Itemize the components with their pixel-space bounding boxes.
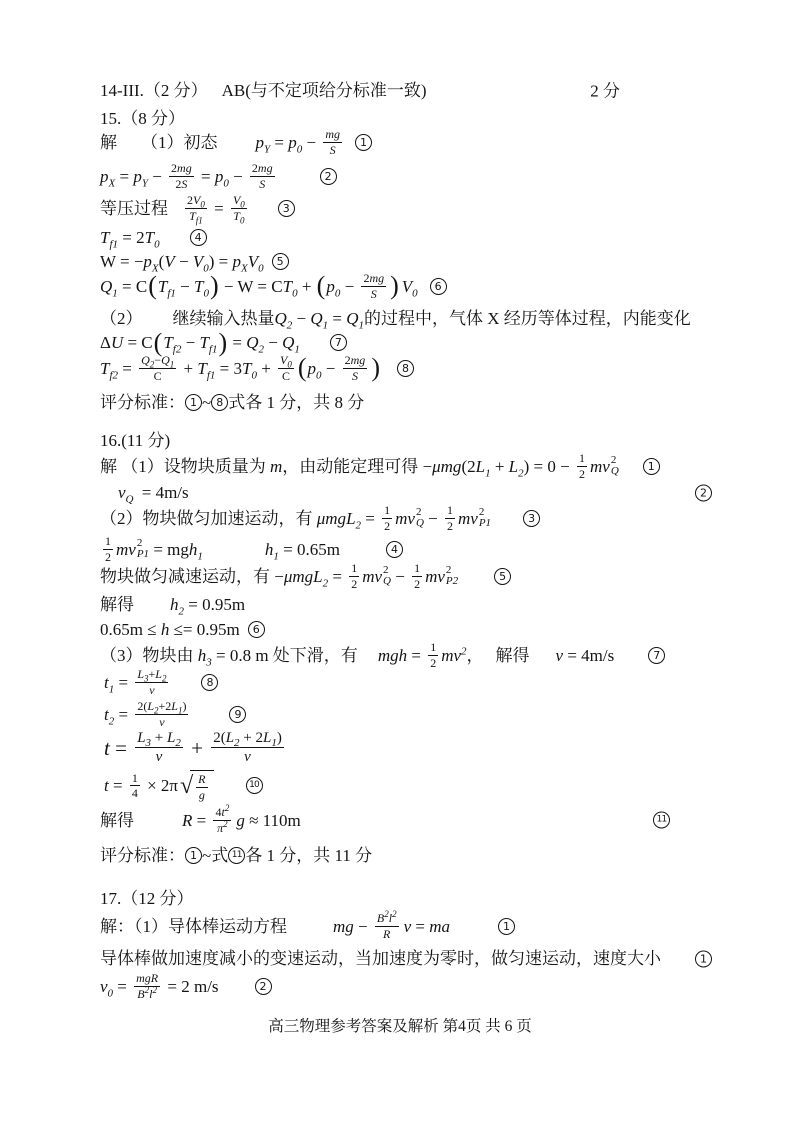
- text-run: = C: [118, 276, 147, 297]
- circled-number: 7: [330, 334, 347, 351]
- math-var-sub: L1: [171, 700, 182, 713]
- text-run: ~式: [202, 845, 228, 866]
- math-var-sub: V0: [193, 194, 205, 207]
- text-run: +: [186, 735, 208, 761]
- q16-step9: t2 = 2(L2+2L1)v9: [104, 700, 712, 729]
- line-right-mark: 2: [695, 484, 712, 501]
- fraction-denominator: S: [371, 287, 377, 301]
- spacer: [484, 655, 496, 656]
- text-run: （2）物块做匀加速运动，有: [100, 508, 317, 529]
- math-var: R: [182, 810, 192, 831]
- spacer: [264, 261, 272, 262]
- spacer: [191, 714, 229, 715]
- fraction-numerator: 2mg: [250, 162, 275, 177]
- subscript: P1: [137, 549, 149, 561]
- circled-number: 3: [523, 510, 540, 527]
- math-var-sub: L1: [476, 456, 491, 477]
- math-var: V: [164, 251, 174, 272]
- sqrt-radical: √Rg: [180, 770, 214, 802]
- math-var-sup: B2: [377, 912, 389, 925]
- spacer: [614, 655, 648, 656]
- math-var-sub: L2: [509, 456, 524, 477]
- text-run: 式各 1 分，共 8 分: [228, 392, 364, 413]
- text-run: 评分标准：: [100, 845, 185, 866]
- text-run: +: [298, 276, 316, 297]
- math-fraction: L3 + L2v: [135, 730, 183, 765]
- spacer: [160, 237, 190, 238]
- math-fraction: 12: [349, 562, 359, 591]
- math-var-sub: pX: [232, 251, 247, 272]
- subscript: X: [109, 177, 116, 189]
- math-fraction: mgS: [323, 128, 342, 157]
- text-run: 2 分: [590, 80, 620, 101]
- math-fraction: Q2−Q1C: [139, 354, 176, 383]
- math-var-sub: p0: [326, 276, 340, 297]
- math-var: μmg: [317, 508, 346, 529]
- q17-header: 17.（12 分）: [100, 888, 712, 909]
- subscript: 2: [162, 673, 167, 683]
- fraction-numerator: 1: [428, 641, 438, 656]
- math-var-sub: h1: [265, 539, 279, 560]
- text-run: 2: [384, 520, 390, 533]
- math-var-sub: Tf1: [189, 210, 203, 223]
- spacer: [250, 208, 278, 209]
- math-var-sub: V0: [193, 251, 209, 272]
- text-run: 解：（1）导体棒运动方程: [100, 916, 287, 937]
- text-run: = 4m/s: [563, 645, 614, 666]
- math-var-sub: Q1: [282, 332, 300, 353]
- text-run: = 0.65m: [279, 539, 340, 560]
- circled-number: 4: [190, 229, 207, 246]
- fraction-denominator: v: [156, 748, 163, 765]
- math-var: ma: [429, 916, 450, 937]
- math-fraction: V0T0: [231, 194, 247, 223]
- text-run: （3）物块由: [100, 645, 198, 666]
- math-var: m: [270, 456, 282, 477]
- subscript: f1: [207, 369, 216, 381]
- q16-step5: 物块做匀减速运动，有 −μmgL2 = 12mv2Q − 12mv2P25: [100, 562, 712, 591]
- math-fraction: 2mgS: [250, 162, 275, 191]
- circled-number: 1: [185, 394, 202, 411]
- math-fraction: 12: [428, 641, 438, 670]
- text-run: 2(: [213, 730, 226, 746]
- fraction-denominator: 2: [579, 467, 585, 481]
- fraction-denominator: v: [149, 683, 154, 697]
- line-right-mark: 11: [653, 812, 670, 829]
- spacer: [203, 549, 265, 550]
- text-run: −: [322, 358, 340, 379]
- math-var-sub: L3: [137, 730, 151, 746]
- fraction-numerator: 2mg: [361, 272, 386, 287]
- q16-step6: 0.65m ≤ h ≤= 0.95m6: [100, 619, 712, 640]
- text-run: 等压过程: [100, 198, 168, 219]
- fraction-denominator: R: [383, 927, 390, 941]
- text-run: 继续输入热量: [173, 308, 275, 329]
- text-run: −: [340, 276, 358, 297]
- subscript: 0: [240, 215, 245, 225]
- math-var-sub: Tf1: [197, 358, 215, 379]
- math-var-sub: L2: [167, 730, 181, 746]
- fraction-numerator: 1: [103, 535, 113, 550]
- math-var: mv: [425, 566, 445, 587]
- text-run: =: [210, 198, 228, 219]
- text-run: −: [175, 251, 193, 272]
- math-var-sub: v0: [100, 976, 113, 997]
- circled-number: 6: [430, 278, 447, 295]
- math-var-sup: mv2: [441, 645, 466, 666]
- math-var-sub: Tf1: [158, 276, 176, 297]
- sub-sup-stack: 2Q: [416, 507, 424, 530]
- text-run: ≈ 110m: [245, 810, 301, 831]
- text-run: −: [264, 332, 282, 353]
- math-var-sub: pY: [133, 166, 148, 187]
- text-run: = 0.8 m 处下滑，有: [212, 645, 358, 666]
- text-run: W = −: [100, 251, 143, 272]
- math-fraction: 2mgS: [343, 354, 368, 383]
- q16-step4: 12mv2P1 = mgh1h1 = 0.65m4: [100, 535, 712, 564]
- answer-sheet-page: 14-III.（2 分）AB(与不定项给分标准一致)2 分15.（8 分）解（1…: [0, 0, 800, 1131]
- math-fraction: L3+L2v: [135, 668, 168, 697]
- subscript: 0: [200, 199, 205, 209]
- fraction-denominator: C: [154, 369, 162, 383]
- subscript: f2: [109, 369, 118, 381]
- math-var-sub: T0: [283, 276, 298, 297]
- circled-number: 8: [397, 360, 414, 377]
- sub-sup-stack: 2P2: [446, 565, 458, 588]
- text-run: 导体棒做加速度减小的变速运动，当加速度为零时，做匀速运动，速度大小: [100, 948, 661, 969]
- math-var: v: [556, 645, 564, 666]
- math-var-sub: L1: [263, 730, 277, 746]
- text-run: +2: [159, 700, 172, 713]
- fraction-numerator: B2l2: [375, 912, 399, 927]
- math-var-sub: h3: [198, 645, 212, 666]
- text-run: 解得: [100, 594, 134, 615]
- circled-number: 5: [494, 568, 511, 585]
- q15-header: 15.（8 分）: [100, 108, 712, 129]
- math-var: U: [111, 332, 123, 353]
- fraction-denominator: S: [330, 143, 336, 157]
- spacer: [530, 655, 556, 656]
- fraction-numerator: 1: [130, 772, 140, 787]
- superscript: 2: [392, 909, 397, 919]
- circled-number: 8: [201, 674, 218, 691]
- math-var: mg: [351, 354, 366, 367]
- fraction-numerator: 1: [382, 504, 392, 519]
- math-var-sub: h2: [170, 594, 184, 615]
- math-var: S: [352, 370, 358, 383]
- q16-step7: （3）物块由 h3 = 0.8 m 处下滑，有mgh = 12mv2，解得v =…: [100, 641, 712, 670]
- circled-number: 8: [211, 394, 228, 411]
- spacer: [208, 90, 222, 91]
- math-var-sub: t1: [104, 672, 114, 693]
- math-var-sub: h1: [189, 539, 203, 560]
- math-var: v: [244, 749, 251, 765]
- spacer: [458, 576, 494, 577]
- q15-step6: Q1 = C(Tf1 − T0) − W = CT0 + (p0 − 2mgS)…: [100, 272, 712, 301]
- spacer: [134, 820, 182, 821]
- circled-number: 6: [248, 621, 265, 638]
- math-var: S: [330, 144, 336, 157]
- math-fraction: 12: [412, 562, 422, 591]
- text-run: ，由动能定理可得 −: [282, 456, 432, 477]
- q15-step5: W = −pX(V − V0) = pXV05: [100, 251, 712, 272]
- math-var: mv: [395, 508, 415, 529]
- spacer: [219, 986, 255, 987]
- text-run: × 2π: [143, 775, 178, 796]
- text-run: −: [148, 166, 166, 187]
- text-run: +: [179, 358, 197, 379]
- circled-number: 1: [643, 458, 660, 475]
- spacer: [218, 142, 256, 143]
- math-var: mgR: [136, 972, 158, 985]
- spacer: [345, 142, 355, 143]
- text-run: −: [176, 276, 194, 297]
- superscript: 2: [152, 985, 157, 995]
- text-run: ): [182, 700, 186, 713]
- math-var-sub: p0: [308, 358, 322, 379]
- text-run: = mg: [149, 539, 189, 560]
- q14-answer: 14-III.（2 分）AB(与不定项给分标准一致)2 分: [100, 80, 712, 101]
- text-run: +: [151, 730, 167, 746]
- math-fraction: Rg: [196, 773, 207, 802]
- q17-step2: v0 = mgRB2l2 = 2 m/s2: [100, 972, 712, 1001]
- text-run: +: [491, 456, 509, 477]
- text-run: −: [302, 132, 320, 153]
- fraction-numerator: 1: [349, 562, 359, 577]
- q16-step12: 解得R = 4t2π2g ≈ 110m11: [100, 806, 712, 835]
- subscript: f1: [196, 215, 203, 225]
- circled-number: 1: [355, 134, 372, 151]
- math-var-sub: Q2: [141, 354, 154, 367]
- spacer: [287, 926, 333, 927]
- spacer: [340, 549, 386, 550]
- spacer: [418, 286, 430, 287]
- fraction-denominator: S: [352, 369, 358, 383]
- page-footer: 高三物理参考答案及解析 第4页 共 6 页: [0, 1014, 800, 1036]
- math-var: S: [181, 178, 187, 191]
- math-fraction: V0C: [278, 354, 294, 383]
- q15-step1: 解（1）初态pY = p0 − mgS1: [100, 128, 712, 157]
- subscript: 0: [412, 287, 418, 299]
- math-var-sup: π2: [217, 822, 228, 835]
- q17-text: 导体棒做加速度减小的变速运动，当加速度为零时，做匀速运动，速度大小1: [100, 948, 712, 969]
- fraction-denominator: g: [199, 788, 205, 802]
- math-var-sub: Q2: [275, 308, 293, 329]
- math-fraction: 2mg2S: [169, 162, 194, 191]
- math-fraction: 2(L2 + 2L1)v: [211, 730, 284, 765]
- fraction-denominator: 2: [414, 577, 420, 591]
- q15-step2: pX = pY − 2mg2S = p0 − 2mgS2: [100, 162, 712, 191]
- circled-number: 2: [695, 484, 712, 501]
- math-var: mv: [458, 508, 478, 529]
- q16-grading: 评分标准：1~式11各 1 分，共 11 分: [100, 845, 712, 866]
- math-var: mg: [369, 272, 384, 285]
- q16-header: 16.(11 分): [100, 430, 712, 451]
- circled-number: 2: [255, 978, 272, 995]
- text-run: 2: [579, 468, 585, 481]
- subscript: f1: [109, 238, 118, 250]
- math-fraction: 2(L2+2L1)v: [135, 700, 188, 729]
- text-run: −: [181, 332, 199, 353]
- q16-step5b: 解得h2 = 0.95m: [100, 594, 712, 615]
- math-var-sub: Q1: [346, 308, 364, 329]
- math-var-sub: Q1: [161, 354, 174, 367]
- math-var: S: [371, 288, 377, 301]
- fraction-numerator: 2mg: [169, 162, 194, 177]
- sub-sup-stack: 2P1: [137, 538, 149, 561]
- text-run: 17.（12 分）: [100, 888, 194, 909]
- fraction-denominator: π2: [217, 821, 228, 835]
- fraction-denominator: 2: [447, 519, 453, 533]
- circled-number: 11: [228, 847, 245, 864]
- fraction-denominator: 2: [351, 577, 357, 591]
- text-run: AB(与不定项给分标准一致): [222, 80, 427, 101]
- math-var: mv: [362, 566, 382, 587]
- math-var-sub: t2: [104, 704, 114, 725]
- fraction-numerator: 2V0: [185, 194, 207, 209]
- q15-step7: ΔU = C(Tf2 − Tf1) = Q2 − Q17: [100, 332, 712, 353]
- text-run: =: [115, 166, 133, 187]
- text-run: =: [328, 566, 346, 587]
- math-var-sub: L3: [137, 668, 148, 681]
- q16-step8: t1 = L3+L2v8: [104, 668, 712, 697]
- circled-number: 4: [386, 541, 403, 558]
- math-var: mg: [333, 916, 354, 937]
- circled-number: 1: [498, 918, 515, 935]
- text-run: −: [292, 308, 310, 329]
- fraction-denominator: 2S: [175, 177, 187, 191]
- text-run: =: [411, 916, 429, 937]
- spacer: [240, 629, 248, 630]
- math-var: g: [236, 810, 245, 831]
- text-run: −: [391, 566, 409, 587]
- text-run: 1: [351, 562, 357, 575]
- spacer: [117, 142, 141, 143]
- spacer: [491, 518, 523, 519]
- text-run: − W = C: [220, 276, 283, 297]
- fraction-numerator: mg: [323, 128, 342, 143]
- circled-number: 1: [185, 847, 202, 864]
- math-var: v: [149, 684, 154, 697]
- circled-number: 2: [320, 168, 337, 185]
- math-var-sub: L2: [226, 730, 240, 746]
- text-run: C: [282, 370, 290, 383]
- subscript: Q: [383, 576, 391, 588]
- math-fraction: 2mgS: [361, 272, 386, 301]
- math-var-sub: L2: [313, 566, 328, 587]
- math-var: S: [259, 178, 265, 191]
- math-var: mg: [325, 128, 340, 141]
- math-var-sub: p0: [288, 132, 302, 153]
- text-run: ，: [467, 645, 484, 666]
- math-var-sub: T0: [233, 210, 244, 223]
- math-var: mv: [116, 539, 136, 560]
- text-run: =: [197, 166, 215, 187]
- math-var: R: [383, 928, 390, 941]
- q15-part2: （2）继续输入热量Q2 − Q1 = Q1的过程中，气体 X 经历等体过程，内能…: [100, 308, 712, 329]
- fraction-denominator: T0: [233, 209, 244, 223]
- circled-number: 3: [278, 200, 295, 217]
- spacer: [300, 342, 330, 343]
- spacer: [171, 682, 201, 683]
- text-run: 解 （1）设物块质量为: [100, 456, 270, 477]
- math-var-sup: B2: [137, 988, 149, 1001]
- math-var: g: [199, 789, 205, 802]
- math-var-sub: Tf2: [163, 332, 181, 353]
- text-run: 物块做匀减速运动，有 −: [100, 566, 284, 587]
- text-run: =: [228, 332, 246, 353]
- text-run: 的过程中，气体 X 经历等体过程，内能变化: [364, 308, 691, 329]
- math-fraction: 2V0Tf1: [185, 194, 207, 223]
- math-fraction: 4t2π2: [213, 806, 231, 835]
- text-run: 1: [579, 452, 585, 465]
- fraction-denominator: B2l2: [137, 987, 157, 1001]
- q16-step3: （2）物块做匀加速运动，有 μmgL2 = 12mv2Q − 12mv2P13: [100, 504, 712, 533]
- fraction-numerator: R: [196, 773, 207, 788]
- text-run: =: [109, 775, 127, 796]
- fraction-numerator: V0: [278, 354, 294, 369]
- fraction-numerator: 2(L2+2L1): [135, 700, 188, 715]
- text-run: 解: [100, 132, 117, 153]
- math-var: R: [198, 773, 205, 786]
- text-run: ) = 0 −: [524, 456, 574, 477]
- spacer: [450, 926, 498, 927]
- text-run: 14-III.（2 分）: [100, 80, 208, 101]
- q16-step11: t = 14 × 2π√Rg10: [104, 770, 712, 802]
- circled-number: 5: [272, 253, 289, 270]
- q17-step1: 解：（1）导体棒运动方程mg − B2l2Rv = ma1: [100, 912, 712, 941]
- q16-step2: vQ = 4m/s2: [118, 482, 712, 503]
- text-run: (2: [461, 456, 475, 477]
- text-run: =: [328, 308, 346, 329]
- text-run: −: [424, 508, 442, 529]
- q15-step3: 等压过程2V0Tf1 = V0T03: [100, 194, 712, 223]
- fraction-numerator: 1: [577, 452, 587, 467]
- spacer: [381, 368, 397, 369]
- text-run: 2: [351, 578, 357, 591]
- spacer: [143, 318, 173, 319]
- text-run: =: [192, 810, 210, 831]
- math-var: mv: [590, 456, 610, 477]
- math-var-sub: T0: [242, 358, 257, 379]
- math-var-sub: L2: [147, 700, 158, 713]
- math-var-sub: Q1: [310, 308, 328, 329]
- subscript: 0: [203, 287, 209, 299]
- math-fraction: 12: [382, 504, 392, 533]
- text-run: ~: [202, 392, 211, 413]
- superscript: 2: [225, 803, 230, 813]
- text-run: = 4m/s: [138, 482, 189, 503]
- text-run: =: [110, 735, 132, 761]
- math-var-sub: pX: [100, 166, 115, 187]
- text-run: 16.(11 分): [100, 430, 170, 451]
- math-var: h: [161, 619, 170, 640]
- text-run: 各 1 分，共 11 分: [245, 845, 372, 866]
- q15-step4: Tf1 = 2T04: [100, 227, 712, 248]
- math-fraction: mgRB2l2: [134, 972, 160, 1001]
- subscript: 0: [287, 359, 292, 369]
- subscript: P1: [479, 518, 491, 530]
- math-var-sub: Tf1: [100, 227, 118, 248]
- math-var: mg: [177, 162, 192, 175]
- text-run: 评分标准：: [100, 392, 185, 413]
- math-var-sub: V0: [248, 251, 264, 272]
- text-run: （2）: [100, 308, 143, 329]
- fraction-denominator: S: [259, 177, 265, 191]
- fraction-denominator: C: [282, 369, 290, 383]
- fraction-numerator: V0: [231, 194, 247, 209]
- text-run: = 3: [215, 358, 242, 379]
